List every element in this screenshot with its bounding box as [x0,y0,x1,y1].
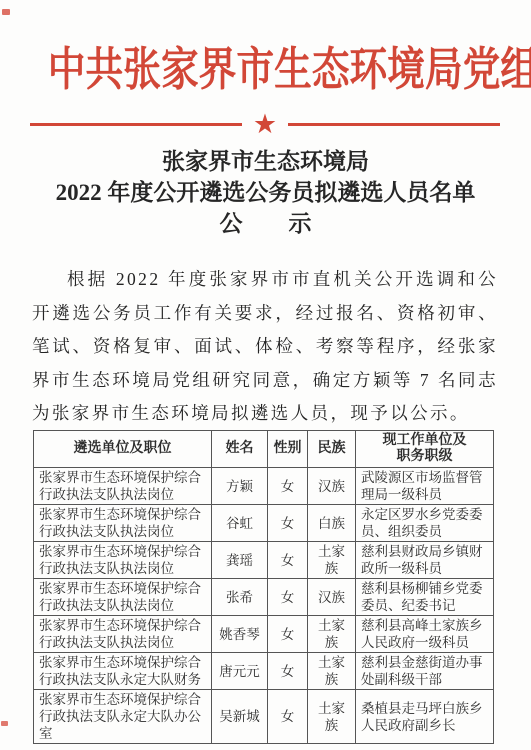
cell-position: 张家界市生态环境保护综合行政执法支队永定大队办公室 [34,690,212,744]
cell-ethnicity: 土家族 [308,542,356,579]
document-title-line3: 公 示 [0,208,531,239]
cell-position: 张家界市生态环境保护综合行政执法支队执法岗位 [34,616,212,653]
cell-position: 张家界市生态环境保护综合行政执法支队永定大队财务 [34,653,212,690]
table-row: 张家界市生态环境保护综合行政执法支队执法岗位 龚瑶 女 土家族 慈利县财政局乡镇… [34,542,494,579]
table-row: 张家界市生态环境保护综合行政执法支队执法岗位 方颖 女 汉族 武陵源区市场监督管… [34,468,494,505]
cell-name: 吴新城 [212,690,268,744]
star-icon: ★ [253,111,277,138]
cell-position: 张家界市生态环境保护综合行政执法支队执法岗位 [34,468,212,505]
table-row: 张家界市生态环境保护综合行政执法支队永定大队办公室 吴新城 女 土家族 桑植县走… [34,690,494,744]
cell-gender: 女 [268,579,308,616]
cell-current-unit: 桑植县走马坪白族乡人民政府副乡长 [356,690,494,744]
table-row: 张家界市生态环境保护综合行政执法支队执法岗位 谷虹 女 白族 永定区罗水乡党委委… [34,505,494,542]
cell-current-unit: 永定区罗水乡党委委员、组织委员 [356,505,494,542]
cell-gender: 女 [268,690,308,744]
column-header-current-unit: 现工作单位及 职务职级 [356,431,494,468]
divider-line-right [288,123,500,126]
document-title: 张家界市生态环境局 2022 年度公开遴选公务员拟遴选人员名单 公 示 [0,146,531,239]
cell-current-unit: 慈利县高峰土家族乡人民政府一级科员 [356,616,494,653]
cell-current-unit: 慈利县杨柳铺乡党委委员、纪委书记 [356,579,494,616]
cell-name: 方颖 [212,468,268,505]
cell-name: 姚香琴 [212,616,268,653]
cell-ethnicity: 土家族 [308,690,356,744]
announcement-document: 中共张家界市生态环境局党组 ★ 张家界市生态环境局 2022 年度公开遴选公务员… [0,0,531,750]
cell-ethnicity: 白族 [308,505,356,542]
candidates-table: 遴选单位及职位 姓名 性别 民族 现工作单位及 职务职级 张家界市生态环境保护综… [33,430,494,744]
cell-position: 张家界市生态环境保护综合行政执法支队执法岗位 [34,579,212,616]
column-header-gender: 性别 [268,431,308,468]
document-title-line2: 2022 年度公开遴选公务员拟遴选人员名单 [0,177,531,208]
divider-line-left [30,123,242,126]
column-header-position: 遴选单位及职位 [34,431,212,468]
scan-artifact-mark [2,9,10,15]
cell-gender: 女 [268,505,308,542]
red-star-divider: ★ [30,112,500,136]
cell-name: 龚瑶 [212,542,268,579]
cell-ethnicity: 汉族 [308,468,356,505]
table-header-row: 遴选单位及职位 姓名 性别 民族 现工作单位及 职务职级 [34,431,494,468]
document-title-line1: 张家界市生态环境局 [0,146,531,177]
cell-name: 唐元元 [212,653,268,690]
cell-gender: 女 [268,468,308,505]
announcement-body-paragraph: 根据 2022 年度张家界市市直机关公开选调和公开遴选公务员工作有关要求，经过报… [32,263,498,431]
table-row: 张家界市生态环境保护综合行政执法支队永定大队财务 唐元元 女 土家族 慈利县金慈… [34,653,494,690]
cell-gender: 女 [268,653,308,690]
cell-ethnicity: 土家族 [308,616,356,653]
table-row: 张家界市生态环境保护综合行政执法支队执法岗位 张希 女 汉族 慈利县杨柳铺乡党委… [34,579,494,616]
scan-artifact-mark [1,721,8,726]
cell-ethnicity: 土家族 [308,653,356,690]
cell-current-unit: 慈利县金慈街道办事处副科级干部 [356,653,494,690]
table-body: 张家界市生态环境保护综合行政执法支队执法岗位 方颖 女 汉族 武陵源区市场监督管… [34,468,494,744]
cell-position: 张家界市生态环境保护综合行政执法支队执法岗位 [34,505,212,542]
cell-name: 张希 [212,579,268,616]
table-row: 张家界市生态环境保护综合行政执法支队执法岗位 姚香琴 女 土家族 慈利县高峰土家… [34,616,494,653]
cell-name: 谷虹 [212,505,268,542]
cell-ethnicity: 汉族 [308,579,356,616]
party-group-title: 中共张家界市生态环境局党组 [48,33,483,99]
cell-current-unit: 武陵源区市场监督管理局一级科员 [356,468,494,505]
cell-gender: 女 [268,542,308,579]
cell-current-unit: 慈利县财政局乡镇财政所一级科员 [356,542,494,579]
cell-position: 张家界市生态环境保护综合行政执法支队执法岗位 [34,542,212,579]
column-header-name: 姓名 [212,431,268,468]
column-header-ethnicity: 民族 [308,431,356,468]
cell-gender: 女 [268,616,308,653]
